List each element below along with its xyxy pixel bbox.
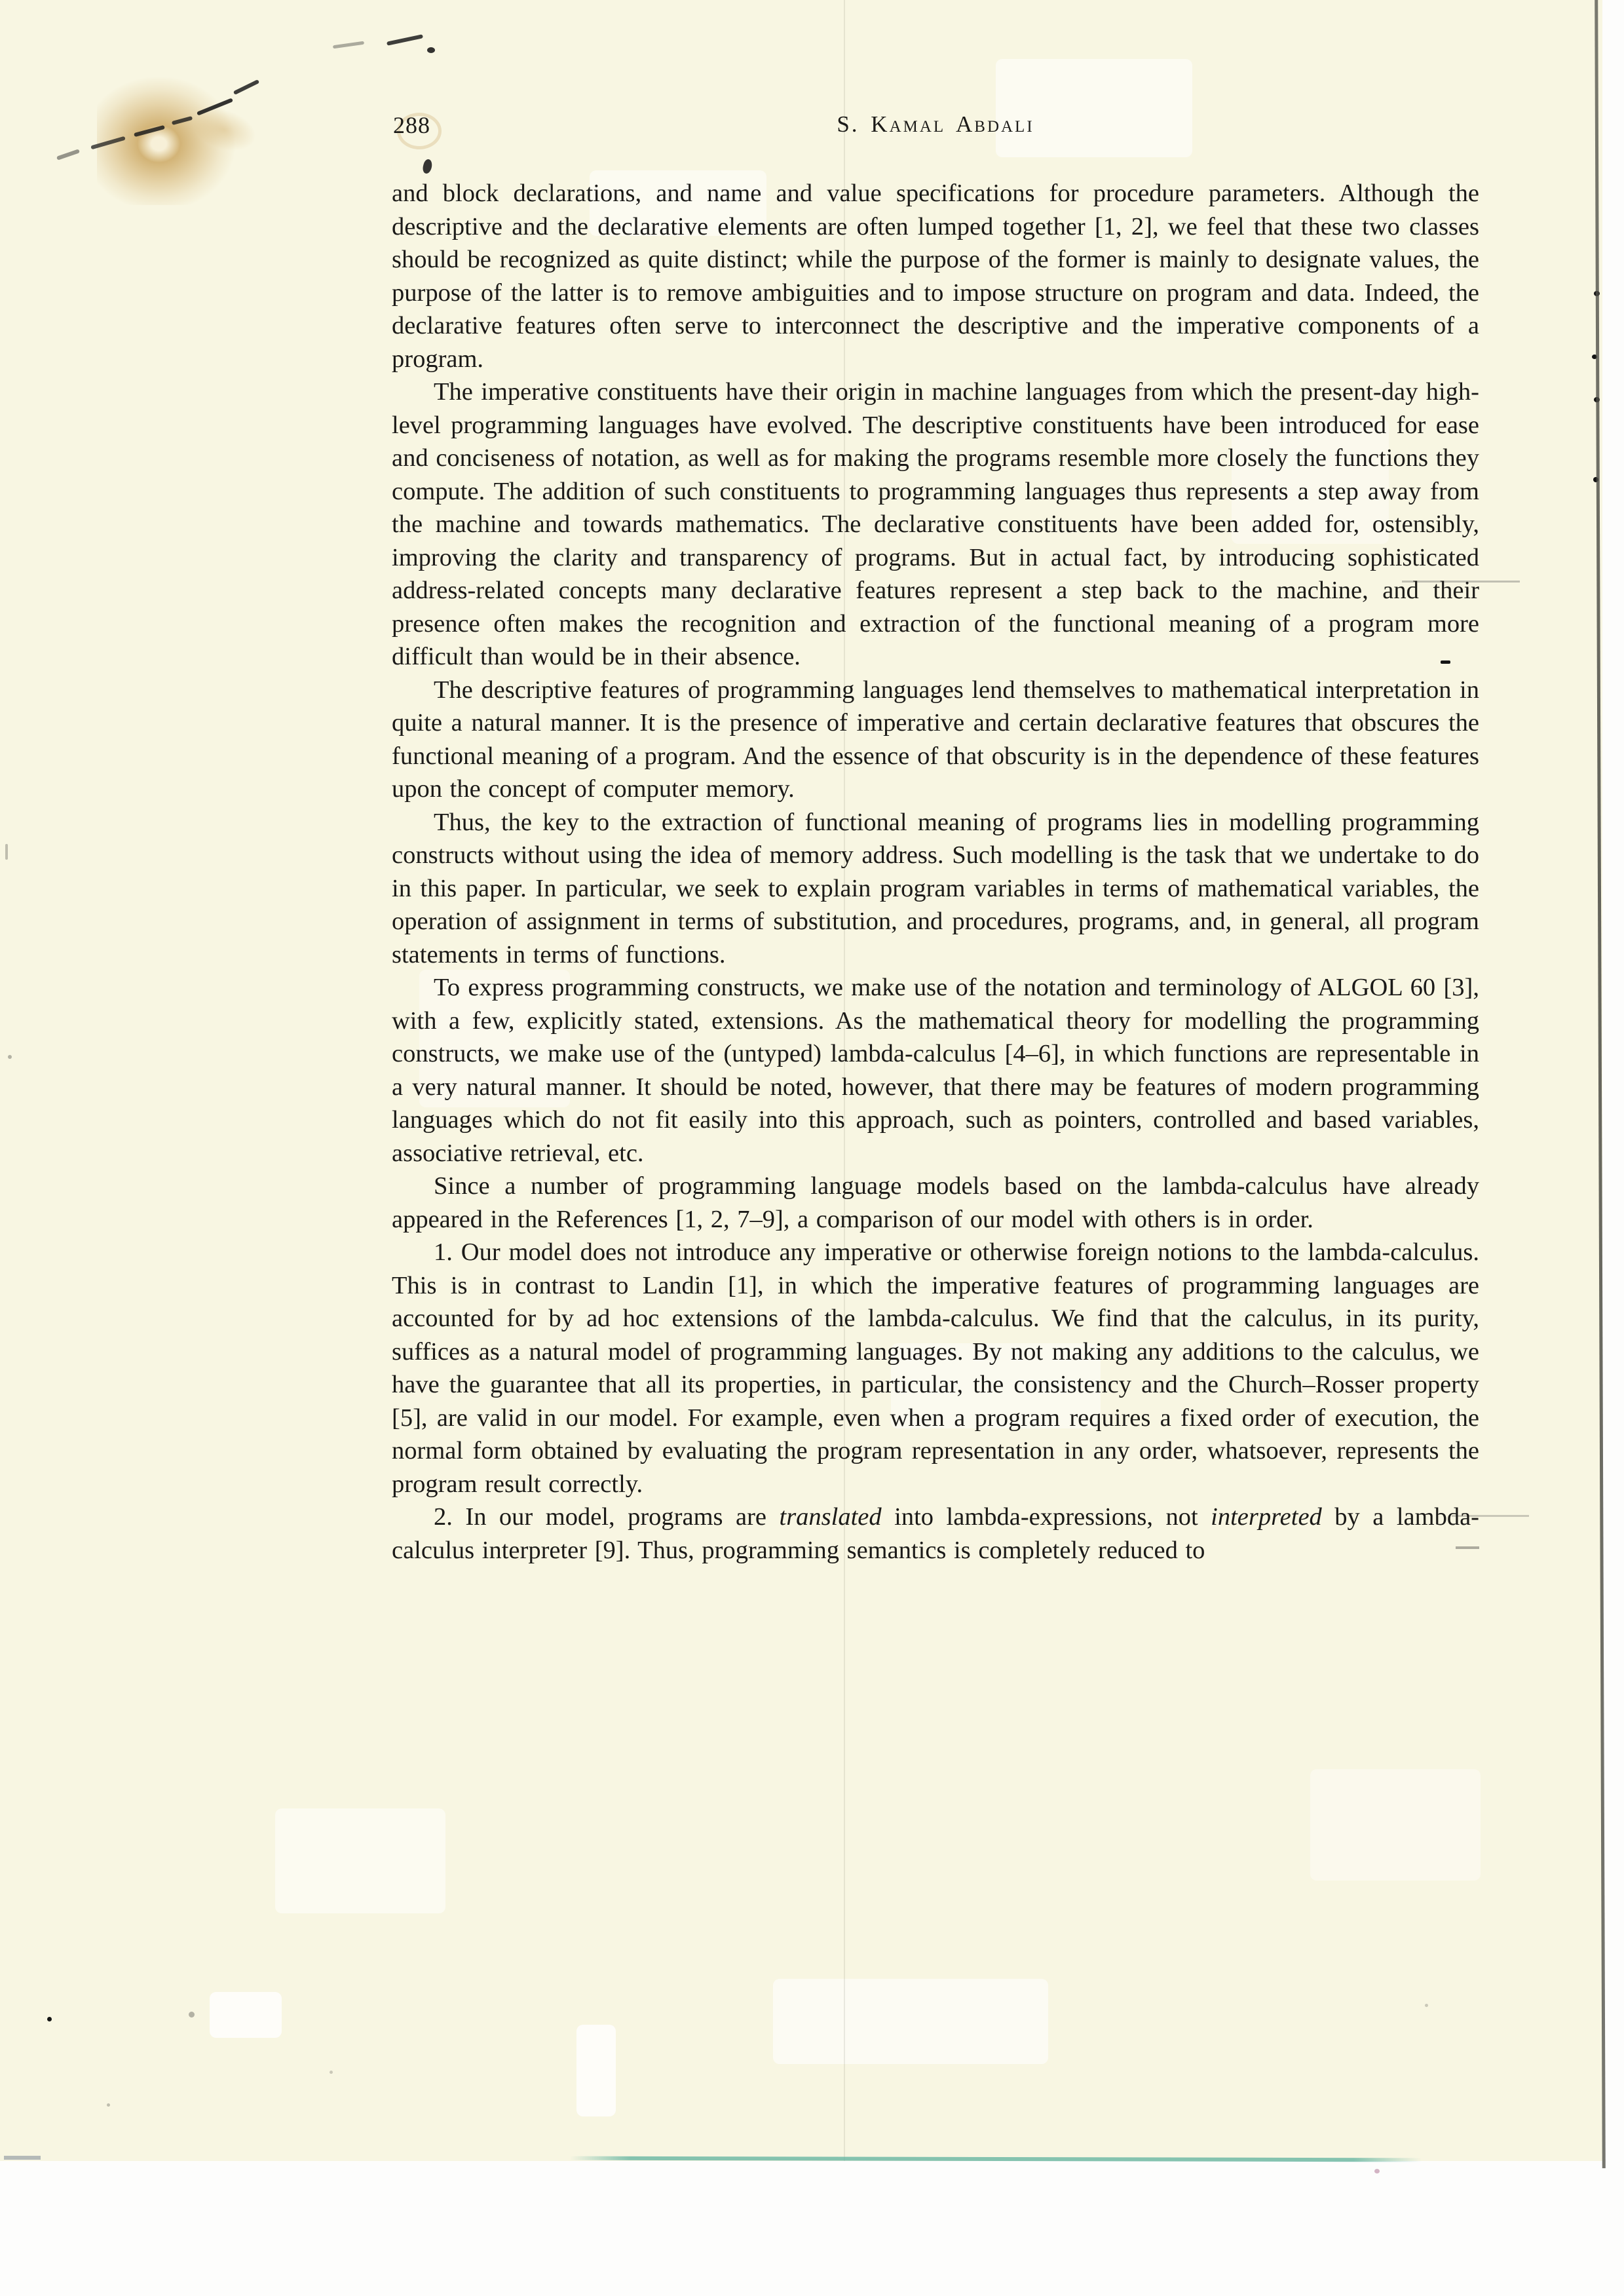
ink-speck xyxy=(1425,2004,1428,2007)
text-segment: and block declarations, and name and val… xyxy=(392,180,1479,373)
paragraph: The descriptive features of programming … xyxy=(392,674,1479,806)
paragraph: 1. Our model does not introduce any impe… xyxy=(392,1236,1479,1501)
paragraph: The imperative constituents have their o… xyxy=(392,375,1479,674)
scan-white-blotch xyxy=(275,1808,445,1913)
paragraph: Thus, the key to the extraction of funct… xyxy=(392,806,1479,972)
paper-page: 288 S. Kamal Abdali and block declaratio… xyxy=(0,0,1602,2161)
paragraph: Since a number of programming language m… xyxy=(392,1170,1479,1236)
pen-mark xyxy=(233,79,259,95)
text-segment: Since a number of programming language m… xyxy=(392,1172,1479,1233)
scan-white-blotch xyxy=(773,1979,1048,2064)
paragraph: 2. In our model, programs are translated… xyxy=(392,1501,1479,1567)
article-body: and block declarations, and name and val… xyxy=(392,177,1479,1567)
scan-white-blotch xyxy=(1310,1769,1481,1881)
text-segment: The descriptive features of programming … xyxy=(392,676,1479,803)
scanner-corner-artifact xyxy=(4,2156,41,2160)
text-segment: 1. Our model does not introduce any impe… xyxy=(392,1238,1479,1498)
ink-speck xyxy=(107,2103,110,2107)
paragraph: and block declarations, and name and val… xyxy=(392,177,1479,375)
text-column: 288 S. Kamal Abdali and block declaratio… xyxy=(392,111,1479,1567)
pen-mark xyxy=(333,41,364,49)
italic-text: interpreted xyxy=(1211,1503,1322,1531)
ink-speck xyxy=(330,2071,333,2074)
pen-dot xyxy=(427,47,435,53)
ink-speck xyxy=(8,1055,12,1059)
italic-text: translated xyxy=(780,1503,882,1531)
ink-speck xyxy=(5,844,8,860)
scan-white-blotch xyxy=(576,2025,616,2116)
page-header: 288 S. Kamal Abdali xyxy=(392,111,1479,177)
text-segment: Thus, the key to the extraction of funct… xyxy=(392,809,1479,968)
ink-speck xyxy=(47,2017,52,2021)
text-segment: into lambda-expressions, not xyxy=(882,1503,1211,1531)
text-segment: To express programming constructs, we ma… xyxy=(392,974,1479,1167)
paragraph: To express programming constructs, we ma… xyxy=(392,971,1479,1170)
pen-mark xyxy=(387,34,423,46)
text-segment: 2. In our model, programs are xyxy=(434,1503,780,1531)
pen-mark xyxy=(56,149,80,160)
scan-white-blotch xyxy=(210,1992,282,2038)
ink-speck xyxy=(189,2012,195,2018)
ink-speck xyxy=(1374,2169,1380,2173)
running-title: S. Kamal Abdali xyxy=(392,111,1479,138)
text-segment: The imperative constituents have their o… xyxy=(392,378,1479,670)
